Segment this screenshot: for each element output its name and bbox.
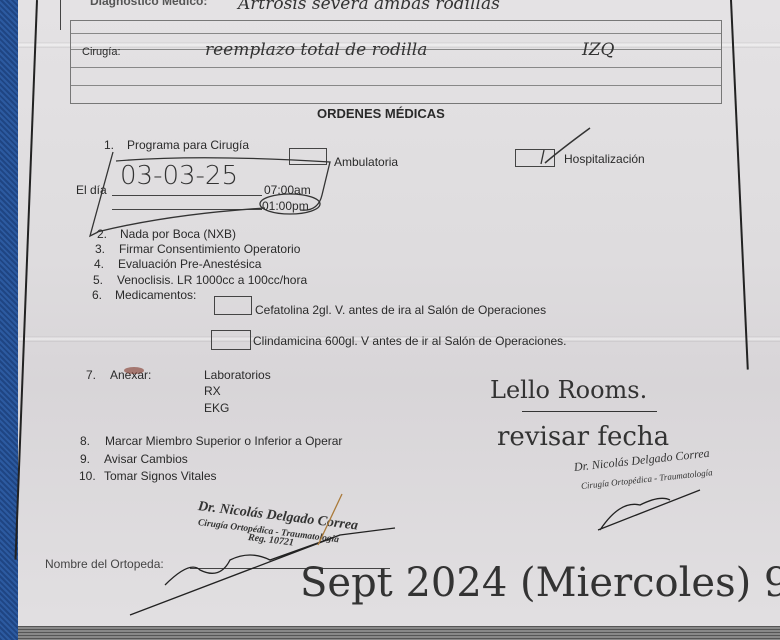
item-number: 7. [86, 368, 96, 382]
date-line [112, 195, 262, 196]
medication-clindamycin: Clindamicina 600gl. V antes de ir al Sal… [253, 334, 567, 348]
attachment-labs: Laboratorios [204, 368, 271, 382]
order-item-text: Venoclisis. LR 1000cc a 100cc/hora [117, 273, 307, 287]
surgery-value: reemplazo total de rodilla [205, 40, 427, 60]
item-number: 5. [93, 273, 103, 287]
item-number: 3. [95, 242, 105, 256]
handwritten-note: revisar fecha [497, 422, 669, 452]
header-box [70, 20, 722, 104]
order-item-text: Marcar Miembro Superior o Inferior a Ope… [105, 434, 342, 448]
date-label: El día [76, 183, 107, 197]
ambulatory-checkbox[interactable] [289, 148, 327, 165]
surgery-side: IZQ [582, 40, 614, 60]
ambulatory-label: Ambulatoria [334, 155, 398, 169]
hospitalization-checkbox[interactable] [515, 149, 555, 167]
clindamycin-checkbox[interactable] [211, 330, 251, 350]
handwritten-date: Sept 2024 (Miercoles) 9- [300, 560, 780, 606]
program-surgery-label: Programa para Cirugía [127, 138, 249, 152]
stain [124, 367, 144, 374]
surgery-label: Cirugía: [82, 46, 121, 58]
page-bottom-edge [18, 626, 780, 640]
date-line [112, 209, 262, 210]
item-number: 8. [80, 434, 90, 448]
item-number: 2. [97, 227, 107, 241]
item-number: 9. [80, 452, 90, 466]
attachment-ekg: EKG [204, 401, 229, 415]
form-border-inner [60, 0, 61, 30]
item-number: 10. [79, 469, 96, 483]
order-item-text: Tomar Signos Vitales [104, 469, 217, 483]
item-number: 1. [104, 138, 114, 152]
diagnosis-label: Diagnóstico Médico: [90, 0, 207, 8]
handwritten-note: Lello Rooms. [490, 376, 647, 404]
attachment-rx: RX [204, 384, 221, 398]
hospitalization-label: Hospitalización [564, 152, 645, 166]
diagnosis-value: Artrosis severa ambas rodillas [238, 0, 500, 14]
medication-cefazolin: Cefatolina 2gl. V. antes de ira al Salón… [255, 303, 546, 317]
order-item-text: Avisar Cambios [104, 452, 188, 466]
time-am: 07:00am [264, 183, 311, 197]
order-item-text: Evaluación Pre-Anestésica [118, 257, 261, 271]
time-pm: 01:00pm [262, 199, 309, 213]
order-item-text: Firmar Consentimiento Operatorio [119, 242, 300, 256]
item-number: 6. [92, 288, 102, 302]
order-item-text: Nada por Boca (NXB) [120, 227, 236, 241]
item-number: 4. [94, 257, 104, 271]
cefazolin-checkbox[interactable] [214, 296, 252, 315]
orders-title: ORDENES MÉDICAS [317, 106, 445, 121]
note-underline [522, 411, 657, 412]
orthopedist-label: Nombre del Ortopeda: [45, 557, 164, 571]
order-item-text: Medicamentos: [115, 288, 196, 302]
surgery-date: 03-03-25 [120, 161, 238, 191]
